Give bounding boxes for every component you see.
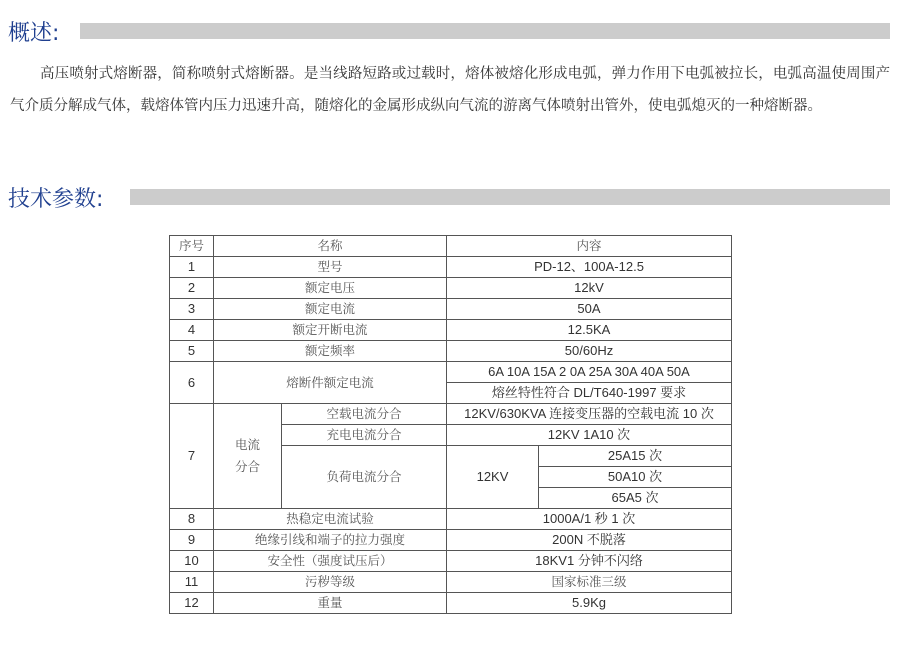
table-row: 5 额定频率 50/60Hz xyxy=(170,341,732,362)
row-no: 10 xyxy=(170,551,214,572)
row-no: 8 xyxy=(170,509,214,530)
load-current-voltage: 12KV xyxy=(447,446,539,509)
row-content-line-1: 6A 10A 15A 2 0A 25A 30A 40A 50A xyxy=(447,362,732,383)
overview-text: 高压喷射式熔断器，简称喷射式熔断器。是当线路短路或过载时，熔体被熔化形成电弧，弹… xyxy=(10,58,890,122)
row-no: 3 xyxy=(170,299,214,320)
row-name: 额定电压 xyxy=(214,278,447,299)
table-row: 8 热稳定电流试验 1000A/1 秒 1 次 xyxy=(170,509,732,530)
table-row: 3 额定电流 50A xyxy=(170,299,732,320)
row-content: 国家标准三级 xyxy=(447,572,732,593)
row-name: 熔断件额定电流 xyxy=(214,362,447,404)
row-name: 重量 xyxy=(214,593,447,614)
table-header-row: 序号 名称 内容 xyxy=(170,236,732,257)
row-name: 绝缘引线和端子的拉力强度 xyxy=(214,530,447,551)
specs-divider-bar xyxy=(130,189,890,205)
row-no: 9 xyxy=(170,530,214,551)
row-no: 7 xyxy=(170,404,214,509)
sub-item-content: 12KV 1A10 次 xyxy=(447,425,732,446)
row-no: 2 xyxy=(170,278,214,299)
sub-item-content: 12KV/630KVA 连接变压器的空载电流 10 次 xyxy=(447,404,732,425)
spec-table: 序号 名称 内容 1 型号 PD-12、100A-12.5 2 额定电压 12k… xyxy=(169,235,732,614)
row-content: 200N 不脱落 xyxy=(447,530,732,551)
table-row: 1 型号 PD-12、100A-12.5 xyxy=(170,257,732,278)
group-label-line-2: 分合 xyxy=(214,456,281,478)
row-no: 6 xyxy=(170,362,214,404)
row-content: PD-12、100A-12.5 xyxy=(447,257,732,278)
table-row: 4 额定开断电流 12.5KA xyxy=(170,320,732,341)
table-row: 11 污秽等级 国家标准三级 xyxy=(170,572,732,593)
table-row: 6 熔断件额定电流 6A 10A 15A 2 0A 25A 30A 40A 50… xyxy=(170,362,732,383)
group-label-line-1: 电流 xyxy=(214,434,281,456)
row-no: 5 xyxy=(170,341,214,362)
table-row: 12 重量 5.9Kg xyxy=(170,593,732,614)
row-name: 型号 xyxy=(214,257,447,278)
load-current-value: 25A15 次 xyxy=(539,446,732,467)
row-no: 11 xyxy=(170,572,214,593)
table-row: 9 绝缘引线和端子的拉力强度 200N 不脱落 xyxy=(170,530,732,551)
header-no: 序号 xyxy=(170,236,214,257)
specs-heading: 技术参数: xyxy=(8,182,103,213)
row-name: 额定电流 xyxy=(214,299,447,320)
header-content: 内容 xyxy=(447,236,732,257)
row-name: 安全性（强度试压后） xyxy=(214,551,447,572)
load-current-value: 50A10 次 xyxy=(539,467,732,488)
header-name: 名称 xyxy=(214,236,447,257)
row-group-label: 电流 分合 xyxy=(214,404,282,509)
row-no: 12 xyxy=(170,593,214,614)
row-content: 5.9Kg xyxy=(447,593,732,614)
sub-item-name: 充电电流分合 xyxy=(282,425,447,446)
table-row: 2 额定电压 12kV xyxy=(170,278,732,299)
row-name: 热稳定电流试验 xyxy=(214,509,447,530)
load-current-value: 65A5 次 xyxy=(539,488,732,509)
row-content: 50A xyxy=(447,299,732,320)
row-content: 1000A/1 秒 1 次 xyxy=(447,509,732,530)
specs-title: 技术参数: xyxy=(8,182,103,213)
overview-divider-bar xyxy=(80,23,890,39)
row-name: 污秽等级 xyxy=(214,572,447,593)
row-content: 12.5KA xyxy=(447,320,732,341)
row-name: 额定频率 xyxy=(214,341,447,362)
row-content-line-2: 熔丝特性符合 DL/T640-1997 要求 xyxy=(447,383,732,404)
table-row: 7 电流 分合 空载电流分合 12KV/630KVA 连接变压器的空载电流 10… xyxy=(170,404,732,425)
row-no: 1 xyxy=(170,257,214,278)
row-content: 18KV1 分钟不闪络 xyxy=(447,551,732,572)
overview-heading: 概述: xyxy=(8,16,59,47)
sub-item-name: 空载电流分合 xyxy=(282,404,447,425)
overview-title: 概述: xyxy=(8,16,59,47)
row-content: 50/60Hz xyxy=(447,341,732,362)
row-name: 额定开断电流 xyxy=(214,320,447,341)
sub-item-name: 负荷电流分合 xyxy=(282,446,447,509)
row-content: 12kV xyxy=(447,278,732,299)
table-row: 10 安全性（强度试压后） 18KV1 分钟不闪络 xyxy=(170,551,732,572)
row-no: 4 xyxy=(170,320,214,341)
